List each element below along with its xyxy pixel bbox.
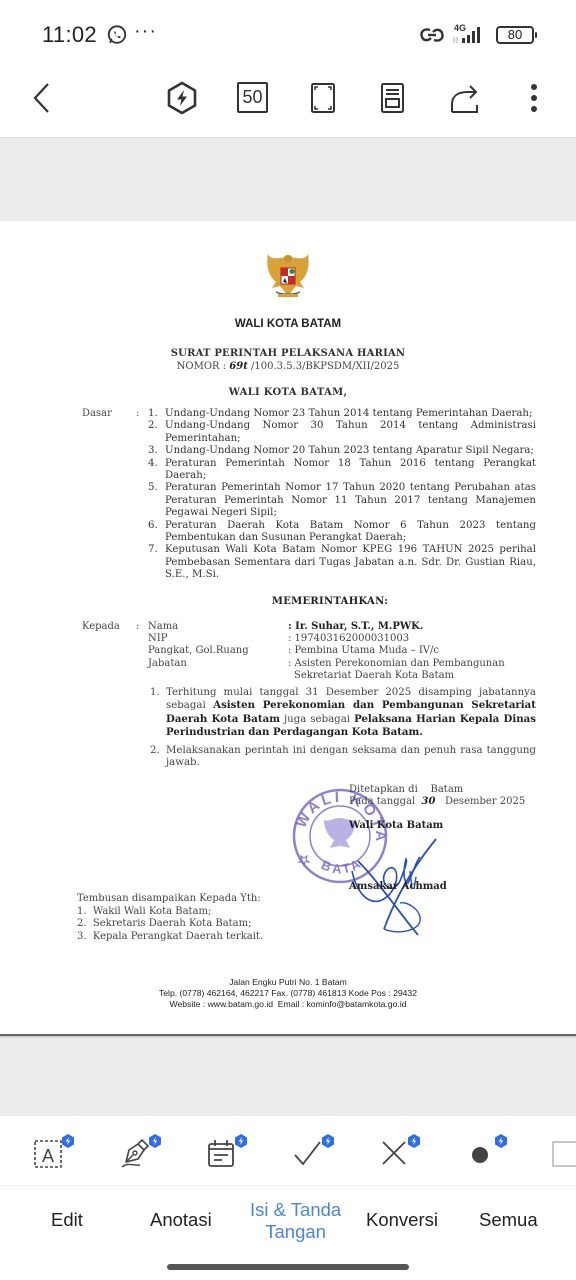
signing-block: Ditetapkan di Batam Pada tanggal 30 Dese…	[349, 784, 525, 809]
tab-semua[interactable]: Semua	[479, 1209, 538, 1231]
dasar-item: 5.Peraturan Pemerintah Nomor 17 Tahun 20…	[148, 482, 536, 519]
dot-icon	[466, 1138, 496, 1168]
order-item: 2.Melaksanakan perintah ini dengan seksa…	[150, 745, 536, 770]
premium-badge-icon	[234, 1134, 248, 1148]
dot-tool[interactable]	[466, 1134, 506, 1170]
tab-edit[interactable]: Edit	[51, 1209, 83, 1231]
kepada-label: Kepada	[82, 621, 120, 632]
checkbox-icon	[551, 1138, 576, 1168]
checkbox-tool[interactable]	[551, 1134, 576, 1170]
dasar-item: 4.Peraturan Pemerintah Nomor 18 Tahun 20…	[148, 458, 536, 483]
letter-footer: Jalan Engku Putri No. 1 Batam Telp. (077…	[0, 977, 576, 1010]
memerintahkan-heading: MEMERINTAHKAN:	[0, 596, 576, 607]
recipient-position: : Asisten Perekonomian dan Pembangunan	[288, 658, 548, 670]
more-notifications-icon: ···	[134, 20, 157, 43]
dasar-item: 2.Undang-Undang Nomor 30 Tahun 2014 tent…	[148, 420, 536, 445]
document-viewer[interactable]: WALI KOTA BATAM SURAT PERINTAH PELAKSANA…	[0, 137, 576, 1116]
document-title: SURAT PERINTAH PELAKSANA HARIAN	[0, 348, 576, 359]
premium-badge-icon	[494, 1134, 508, 1148]
letterhead-title: WALI KOTA BATAM	[0, 318, 576, 330]
issuer-heading: WALI KOTA BATAM,	[0, 387, 576, 398]
document-number: NOMOR : 69t /100.3.5.3/BKPSDM/XII/2025	[0, 361, 576, 372]
clock: 11:02	[42, 22, 97, 48]
check-tool[interactable]	[293, 1134, 333, 1170]
dasar-item: 3.Undang-Undang Nomor 20 Tahun 2023 tent…	[148, 445, 536, 457]
date-icon	[206, 1138, 236, 1168]
signer-name: Amsakar Achmad	[349, 881, 447, 892]
more-icon[interactable]	[516, 80, 552, 116]
whatsapp-icon	[106, 24, 128, 46]
quick-tools-icon[interactable]	[164, 80, 200, 116]
signature-tool[interactable]	[120, 1134, 160, 1170]
bottom-tab-bar: Edit Anotasi Isi & Tanda Tangan Konversi…	[0, 1187, 576, 1257]
check-mark-icon	[293, 1138, 323, 1168]
premium-badge-icon	[321, 1134, 335, 1148]
tembusan-item: 1. Wakil Wali Kota Batam;	[77, 906, 263, 919]
order-item: 1.Terhitung mulai tanggal 31 Desember 20…	[150, 687, 536, 740]
signal-icon: 4G	[452, 23, 492, 47]
kepada-colon: :	[136, 621, 139, 632]
dasar-item: 6.Peraturan Daerah Kota Batam Nomor 6 Ta…	[148, 520, 536, 545]
home-indicator[interactable]	[167, 1264, 409, 1270]
tab-isi-tanda-tangan[interactable]: Isi & Tanda Tangan	[250, 1199, 341, 1243]
cross-tool[interactable]	[379, 1134, 419, 1170]
premium-badge-icon	[61, 1134, 75, 1148]
pdf-page[interactable]: WALI KOTA BATAM SURAT PERINTAH PELAKSANA…	[0, 221, 576, 1036]
orders-list: 1.Terhitung mulai tanggal 31 Desember 20…	[150, 687, 536, 774]
recipient-nip: : 197403162000031003	[288, 633, 548, 645]
top-toolbar	[0, 64, 576, 137]
premium-badge-icon	[407, 1134, 421, 1148]
zoom-level[interactable]: 50	[237, 82, 268, 113]
back-icon[interactable]	[24, 80, 60, 116]
dasar-item: 7.Keputusan Wali Kota Batam Nomor KPEG 1…	[148, 544, 536, 581]
dasar-list: 1.Undang-Undang Nomor 23 Tahun 2014 tent…	[148, 408, 536, 582]
share-icon[interactable]	[446, 80, 482, 116]
dasar-item: 1.Undang-Undang Nomor 23 Tahun 2014 tent…	[148, 408, 536, 420]
tembusan-block: Tembusan disampaikan Kepada Yth: 1. Waki…	[77, 893, 263, 943]
cross-mark-icon	[379, 1138, 409, 1168]
svg-text:A: A	[42, 1146, 54, 1166]
text-field-icon: A	[33, 1138, 63, 1168]
dasar-colon: :	[136, 408, 139, 419]
tembusan-item: 3. Kepala Perangkat Daerah terkait.	[77, 931, 263, 944]
text-field-tool[interactable]: A	[33, 1134, 73, 1170]
fill-sign-tools: A	[0, 1116, 576, 1186]
garuda-emblem-icon	[258, 248, 318, 308]
recipient-rank: : Pembina Utama Muda – IV/c	[288, 645, 548, 657]
signature-pen-icon	[120, 1138, 150, 1168]
tab-konversi[interactable]: Konversi	[366, 1209, 438, 1231]
tembusan-item: 2. Sekretaris Daerah Kota Batam;	[77, 918, 263, 931]
page-layout-icon[interactable]	[374, 80, 410, 116]
fit-page-icon[interactable]	[304, 80, 340, 116]
premium-badge-icon	[148, 1134, 162, 1148]
dasar-label: Dasar	[82, 408, 112, 419]
recipient-name: : Ir. Suhar, S.T., M.PWK.	[288, 621, 548, 633]
link-icon	[418, 24, 446, 46]
status-bar: 11:02 ··· 4G 80	[0, 0, 576, 64]
battery-icon: 80	[496, 26, 534, 44]
date-tool[interactable]	[206, 1134, 246, 1170]
tab-anotasi[interactable]: Anotasi	[150, 1209, 212, 1231]
signer-title: Wali Kota Batam	[349, 820, 443, 831]
